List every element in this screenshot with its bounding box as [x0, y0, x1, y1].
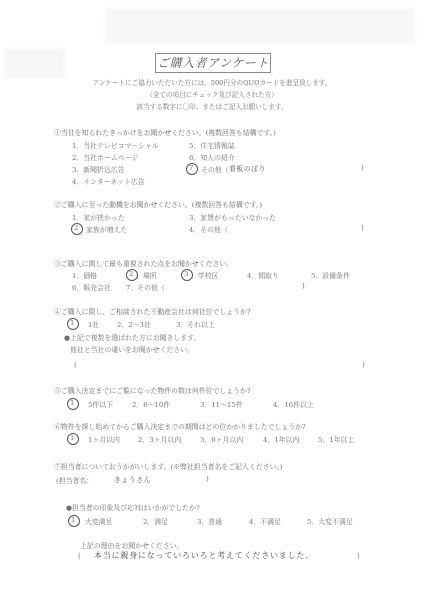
q6-option-2[interactable]: 2．3ヶ月以内 — [138, 434, 181, 444]
q6-option-5[interactable]: 5．1年以上 — [318, 434, 354, 444]
q1-option-3[interactable]: 3．新聞折込広告 — [72, 164, 125, 174]
q7-impression-label: ●担当者の印象及び応対はいかがでしたか? — [66, 502, 200, 512]
q3-option-1[interactable]: 1．価格 — [72, 270, 97, 280]
q1-option-1[interactable]: 1．当社テレビコマーシャル — [72, 140, 159, 150]
q2-option-1[interactable]: 1．家が狭かった — [72, 212, 125, 222]
q1-option-7-label: その他（ — [201, 164, 229, 174]
q7-option-1-label: 、大変満足 — [78, 516, 112, 526]
q5-option-3[interactable]: 3．11～15件 — [200, 399, 243, 409]
close-paren: ) — [302, 282, 305, 290]
q5-option-1-label: 5件以下 — [88, 399, 113, 409]
close-paren: ) — [361, 164, 364, 172]
q6-option-4[interactable]: 4．1年以内 — [263, 434, 299, 444]
q7-option-4[interactable]: 4．不満足 — [249, 516, 281, 526]
q3-option-6[interactable]: 6．販売会社 — [72, 282, 111, 292]
q7-staff-name-handwritten-input[interactable]: きょうさん — [114, 474, 151, 484]
q3-option-7[interactable]: 7．その他（ — [126, 282, 165, 292]
q4-followup-label: ●上記で複数を選ばれた方にお聞きします。 — [64, 332, 200, 342]
q7-reason-handwritten-input[interactable]: 本当に親身になっていろいろと考えてくださいました。 — [94, 550, 314, 561]
close-paren: ) — [361, 224, 364, 232]
q7-option-1-number[interactable]: 1 — [71, 516, 75, 524]
q3-option-3-number[interactable]: 3 — [184, 270, 188, 278]
q6-option-1-number[interactable]: 1 — [70, 434, 74, 442]
show-through-bleed — [5, 48, 65, 78]
q4-option-2[interactable]: 2．2～3社 — [117, 319, 151, 329]
q5-option-1-number[interactable]: 1 — [70, 399, 74, 407]
q7-staff-label: (担当者名： — [56, 475, 93, 485]
q1-other-handwritten-input[interactable]: 看板のぼり — [229, 163, 266, 173]
q4-option-1-label: 1社 — [88, 319, 99, 329]
question-3: ③ご購入に関して最も重視された点をお聞かせください。 — [54, 258, 233, 268]
q1-option-5[interactable]: 5．住宅情報誌 — [189, 140, 235, 150]
show-through-bleed — [105, 8, 415, 44]
question-2: ②ご購入に至った動機をお聞かせください。(複数回答も結構です。) — [54, 199, 262, 209]
question-7: ⑦担当者についておうかがいします。(※弊社担当者名をご記入ください。) — [54, 461, 283, 471]
q1-option-4[interactable]: 4．インターネット広告 — [72, 176, 145, 186]
close-paren: ) — [362, 361, 365, 369]
q3-option-5[interactable]: 5．設備条件 — [311, 270, 350, 280]
q3-option-2-number[interactable]: 2 — [129, 270, 133, 278]
question-6: ⑥物件を探し始めてからご購入決定までの期間はどの位かかりましたでしょうか? — [54, 421, 306, 431]
q3-option-3-label: 、学校区 — [191, 270, 219, 280]
page-title: ご購入者アンケート — [155, 53, 271, 73]
q7-option-3[interactable]: 3．普通 — [197, 516, 222, 526]
q6-option-1-label: 1ヶ月以内 — [88, 434, 120, 444]
close-paren: ) — [357, 552, 360, 560]
open-paren: ( — [74, 361, 77, 369]
q4-option-1-number[interactable]: 1 — [70, 319, 74, 327]
q3-option-2-label: 、場所 — [136, 270, 157, 280]
q1-option-6[interactable]: 6．知人の紹介 — [189, 152, 235, 162]
question-1: ①当社を知られたきっかけをお聞かせください。(複数回答も結構です。) — [54, 127, 276, 137]
q3-option-4[interactable]: 4．間取り — [247, 270, 279, 280]
question-5: ⑤ご購入決定までにご覧になった物件の数は何件位でしょうか? — [54, 385, 251, 395]
q7-option-2[interactable]: 2．満足 — [143, 516, 168, 526]
q2-option-3[interactable]: 3．家賃がもったいなかった — [189, 212, 276, 222]
q2-option-4[interactable]: 4．その他（ — [189, 224, 228, 234]
open-paren: ( — [78, 552, 81, 560]
close-paren: ) — [206, 475, 209, 483]
q5-option-2[interactable]: 2．6～10件 — [132, 399, 170, 409]
intro-line: 該当する数字に〇印、またはご記入お願いします。 — [0, 101, 424, 111]
intro-line: アンケートにご協力いただいた方には、500円分のQUOカードを進呈致します。 — [0, 77, 424, 87]
q4-option-3[interactable]: 3．それ以上 — [176, 319, 215, 329]
q6-option-3[interactable]: 3．6ヶ月以内 — [200, 434, 243, 444]
q7-option-5[interactable]: 5．大変不満足 — [307, 516, 353, 526]
intro-line: （全ての項目にチェック及び記入された方） — [0, 89, 424, 99]
q2-option-2-number[interactable]: 2 — [74, 224, 78, 232]
question-4: ④ご購入に際し、ご相談された不動産会社は何社位でしょうか? — [54, 306, 251, 316]
q1-option-7-number[interactable]: 7 — [189, 164, 193, 172]
q5-option-4[interactable]: 4．16件以上 — [273, 399, 314, 409]
q2-option-2-label: 家族が増えた — [86, 224, 127, 234]
q4-followup-question: 他社と当社の違いをお聞かせください。 — [70, 344, 194, 354]
q1-option-2[interactable]: 2．当社ホームページ — [72, 152, 138, 162]
q7-reason-label: 上記の理由をお聞かせください。 — [80, 540, 183, 550]
